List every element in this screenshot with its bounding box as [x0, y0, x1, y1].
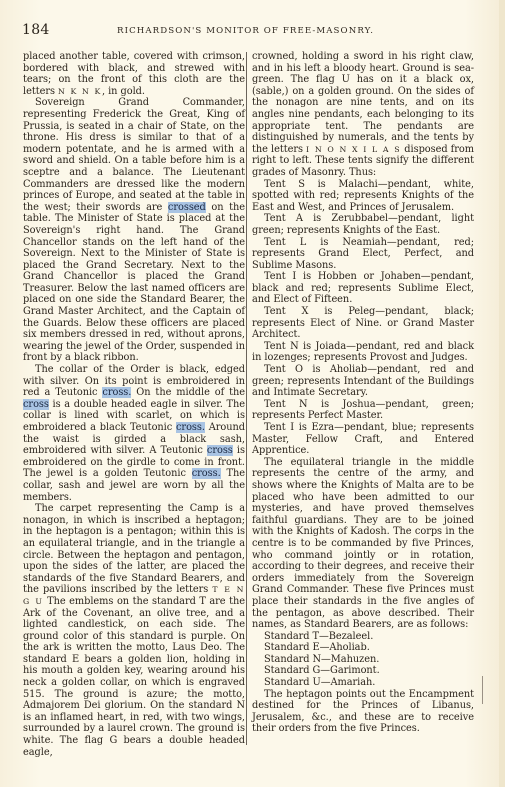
running-head: RICHARDSON'S MONITOR OF FREE-MASONRY.: [117, 26, 374, 36]
paragraph-table-cloth: placed another table, covered with crims…: [23, 51, 245, 97]
search-highlight[interactable]: cross.: [192, 468, 221, 479]
paragraph-collar: The collar of the Order is black, edged …: [23, 364, 245, 503]
letters-tents: I N O N X I L A S: [306, 145, 401, 154]
text-run: The emblems on the standard T are the Ar…: [23, 596, 245, 758]
tent-entry: Tent O is Aholiab—pendant, red and green…: [252, 364, 474, 399]
page-number: 184: [22, 22, 50, 38]
paragraph-flags: crowned, holding a sword in his right cl…: [252, 51, 474, 179]
paragraph-triangle: The equilateral triangle in the middle r…: [252, 457, 474, 631]
text-run: On the middle of the: [131, 387, 245, 398]
search-highlight[interactable]: cross.: [102, 387, 131, 398]
tent-entry: Tent N is Joshua—pendant, green; represe…: [252, 399, 474, 422]
tent-entry: Tent I is Ezra—pendant, blue; represents…: [252, 422, 474, 457]
page-edge-shadow: [499, 0, 505, 787]
paragraph-sovereign: Sovereign Grand Commander, representing …: [23, 97, 245, 364]
paragraph-carpet: The carpet representing the Camp is a no…: [23, 503, 245, 758]
standard-entry: Standard N—Mahuzen.: [252, 654, 474, 666]
search-highlight[interactable]: cross.: [176, 422, 205, 433]
tent-entry: Tent I is Hobben or Johaben—pendant, bla…: [252, 271, 474, 306]
column-divider: [246, 52, 247, 745]
standard-entry: Standard E—Aholiab.: [252, 642, 474, 654]
tent-entry: Tent N is Joiada—pendant, red and black …: [252, 341, 474, 364]
standard-entry: Standard G—Garimont.: [252, 665, 474, 677]
page-header: 184 RICHARDSON'S MONITOR OF FREE-MASONRY…: [22, 22, 482, 40]
letters-nknk: N K N K: [58, 87, 102, 96]
paragraph-heptagon: The heptagon points out the Encampment d…: [252, 689, 474, 735]
tent-entry: Tent S is Malachi—pendant, white, spotte…: [252, 179, 474, 214]
left-column: placed another table, covered with crims…: [23, 51, 245, 758]
text-run: on the table. The Minister of State is p…: [23, 202, 245, 364]
tent-entry: Tent L is Neamiah—pendant, red; represen…: [252, 237, 474, 272]
text-run: , in gold.: [102, 86, 145, 97]
text-run: Sovereign Grand Commander, representing …: [23, 97, 245, 212]
text-run: The carpet representing the Camp is a no…: [23, 503, 245, 595]
scanned-book-page: 184 RICHARDSON'S MONITOR OF FREE-MASONRY…: [0, 0, 505, 787]
right-column: crowned, holding a sword in his right cl…: [252, 51, 474, 735]
standard-entry: Standard T—Bezaleel.: [252, 631, 474, 643]
search-highlight[interactable]: cross: [23, 399, 49, 410]
text-run: crowned, holding a sword in his right cl…: [252, 51, 474, 155]
tent-entry: Tent X is Peleg—pendant, black; represen…: [252, 306, 474, 341]
search-highlight[interactable]: crossed: [168, 202, 206, 213]
tent-entry: Tent A is Zerubbabel—pendant, light gree…: [252, 213, 474, 236]
search-highlight[interactable]: cross: [207, 445, 233, 456]
standard-entry: Standard U—Amariah.: [252, 677, 474, 689]
margin-mark: [482, 676, 483, 704]
